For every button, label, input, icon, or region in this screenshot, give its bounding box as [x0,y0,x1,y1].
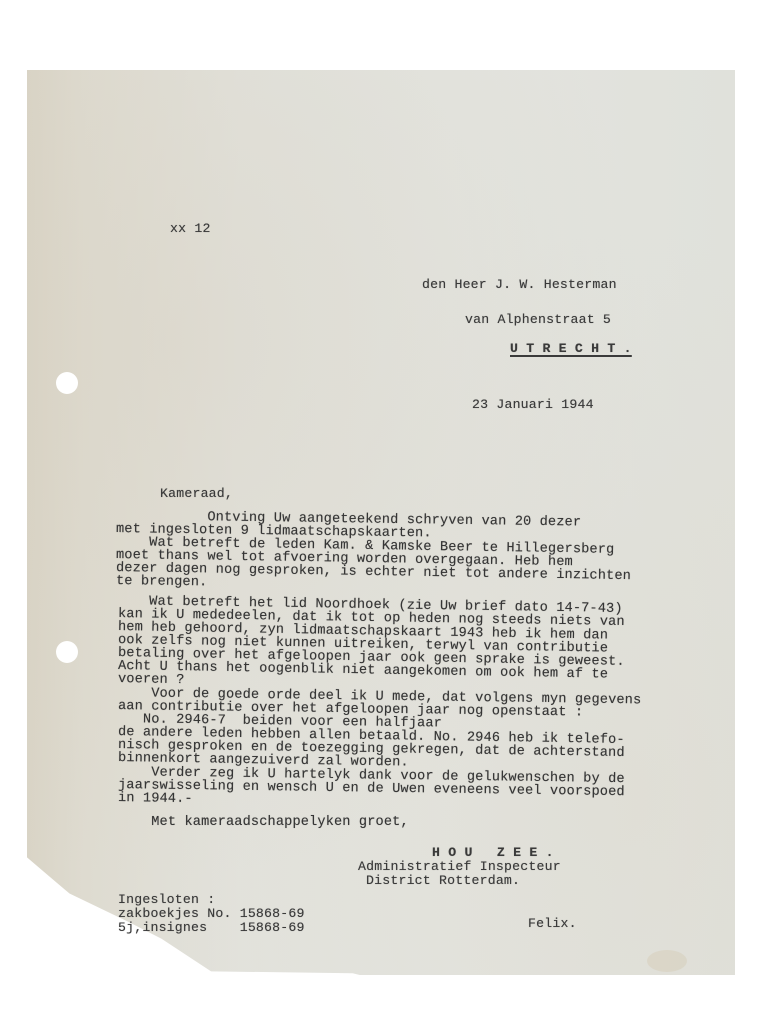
recipient-street: van Alphenstraat 5 [465,313,611,326]
paper-stain [497,978,501,988]
enclosures-label: Ingesloten : [118,893,215,906]
enclosure-line: 5j,insignes 15868-69 [118,921,305,934]
recipient-city: U T R E C H T . [510,342,632,355]
paper-stain [647,950,687,972]
punch-hole [56,372,78,394]
closing-district: District Rotterdam. [366,874,520,887]
enclosure-line: zakboekjes No. 15868-69 [118,907,305,920]
signature: Felix. [528,917,577,930]
closing-motto: H O U Z E E . [432,846,554,859]
body-line: Met kameraadschappelyken groet, [118,815,409,830]
body-line: in 1944.- [118,791,193,807]
reference-code: xx 12 [170,222,211,235]
punch-hole [56,641,78,663]
closing-title: Administratief Inspecteur [358,860,561,873]
body-line: te brengen. [116,574,208,590]
recipient-name: den Heer J. W. Hesterman [422,278,617,291]
letter-date: 23 Januari 1944 [472,398,594,411]
salutation: Kameraad, [160,487,233,500]
